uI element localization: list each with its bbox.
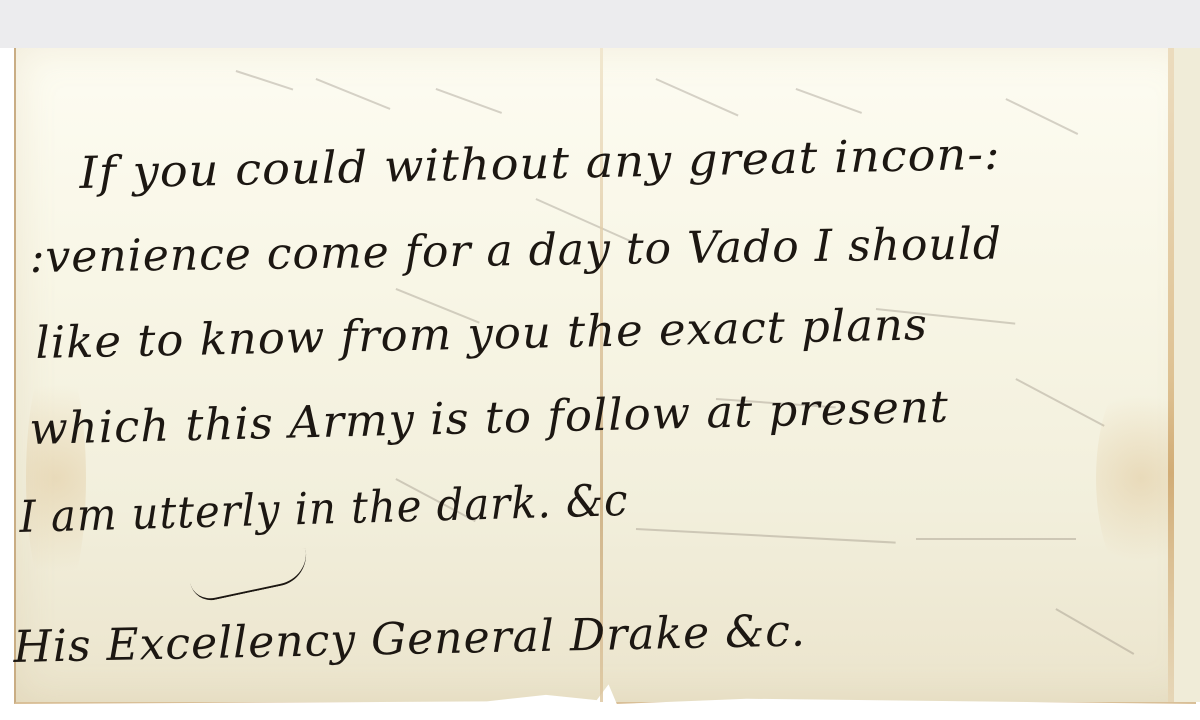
background-band <box>0 0 1200 48</box>
paper-margin-right <box>1174 48 1200 702</box>
photo-stage: If you could without any great incon-: :… <box>0 0 1200 720</box>
